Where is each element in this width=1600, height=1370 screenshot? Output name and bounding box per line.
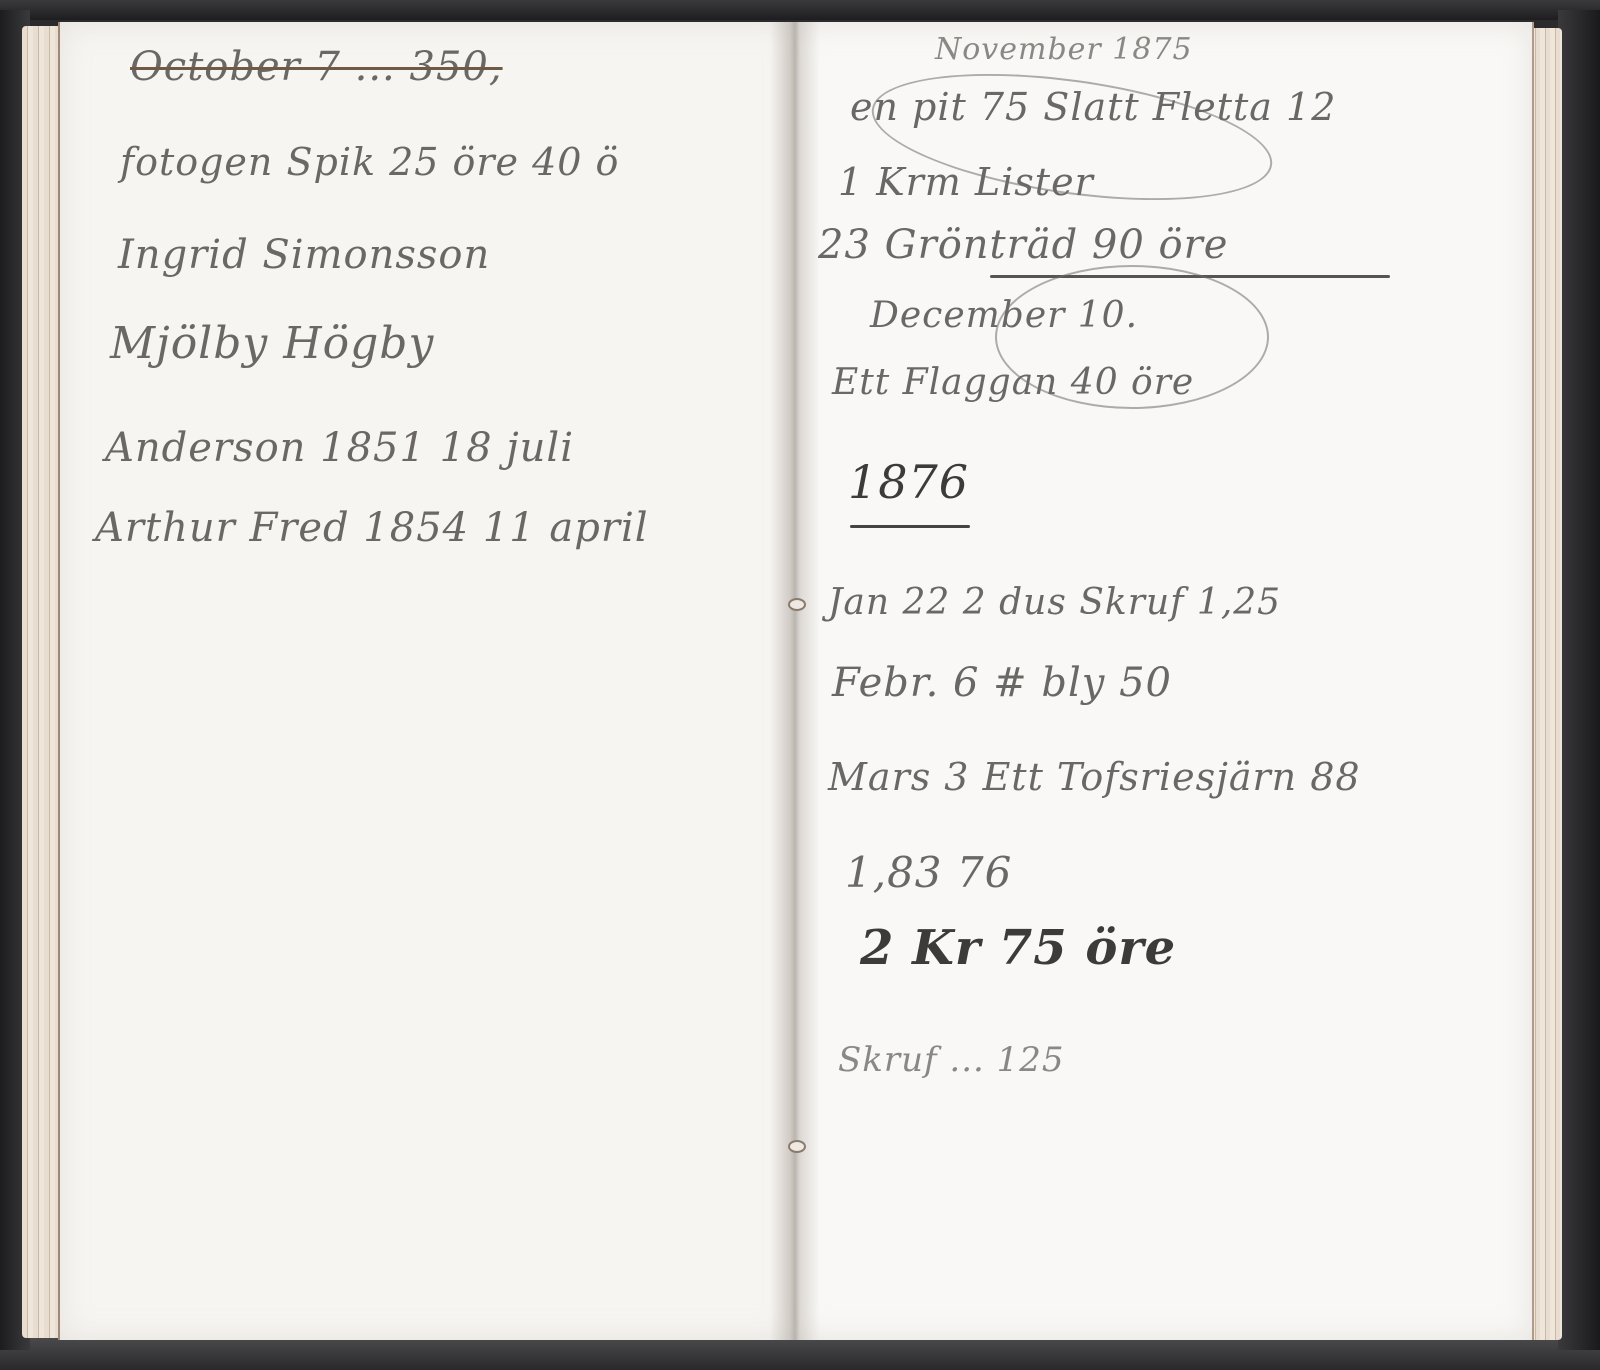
handwritten-line: 1,83 76 <box>845 848 1012 897</box>
backdrop <box>0 0 1600 20</box>
handwritten-line: 2 Kr 75 öre <box>860 920 1176 976</box>
underline <box>850 525 970 528</box>
handwritten-line: 23 Grönträd 90 öre <box>818 222 1228 268</box>
year-heading: 1876 <box>848 455 969 509</box>
page-edges-left <box>22 26 62 1338</box>
page-edges-right <box>1530 28 1562 1340</box>
handwritten-line: Anderson 1851 18 juli <box>105 425 574 471</box>
handwritten-line: Febr. 6 # bly 50 <box>832 660 1172 706</box>
handwritten-line: Ingrid Simonsson <box>118 232 490 278</box>
handwritten-line: Skruf ... 125 <box>838 1040 1065 1080</box>
handwritten-line: October 7 ... 350, <box>130 44 503 90</box>
handwritten-line: Mars 3 Ett Tofsriesjärn 88 <box>828 755 1361 799</box>
left-page <box>58 22 794 1340</box>
book-cover-right <box>1558 10 1600 1350</box>
binding-stitch <box>788 1140 806 1153</box>
handwritten-header: November 1875 <box>935 32 1193 67</box>
pen-scribble <box>995 265 1269 409</box>
handwritten-line: Arthur Fred 1854 11 april <box>95 505 649 551</box>
handwritten-line: Mjölby Högby <box>110 318 434 369</box>
handwritten-line: Jan 22 2 dus Skruf 1,25 <box>828 582 1281 623</box>
handwritten-line: fotogen Spik 25 öre 40 ö <box>120 140 619 184</box>
binding-stitch <box>788 598 806 611</box>
